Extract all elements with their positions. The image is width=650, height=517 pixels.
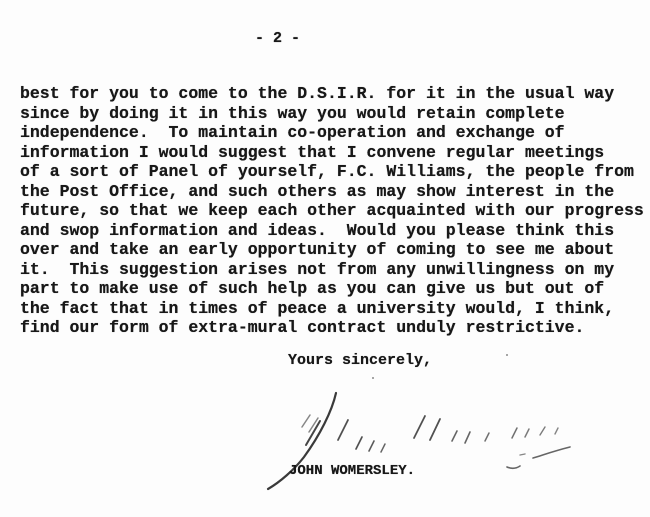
scanned-letter-page: - 2 - best for you to come to the D.S.I.…: [0, 0, 650, 517]
scan-speck: [506, 354, 508, 356]
letter-body-paragraph: best for you to come to the D.S.I.R. for…: [20, 84, 644, 338]
scan-speck: [372, 377, 374, 379]
letter-closing: Yours sincerely,: [288, 351, 432, 370]
typed-signature-name: JOHN WOMERSLEY.: [289, 463, 415, 480]
page-number: - 2 -: [255, 30, 300, 48]
handwritten-signature-icon: [248, 383, 593, 498]
